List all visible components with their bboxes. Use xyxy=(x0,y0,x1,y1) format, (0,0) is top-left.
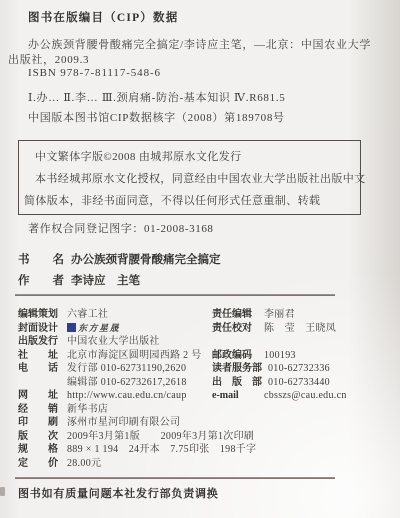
colophon-label: 责任校对 xyxy=(212,322,258,336)
colophon-row-printer: 印 刷涿州市星河印刷有限公司 xyxy=(18,416,256,430)
license-line-2: 本书经城邦原水文化授权，同意经由中国农业大学出版社出版中文 xyxy=(35,170,366,186)
isbn-line: ISBN 978-7-81117-548-6 xyxy=(28,67,161,79)
colophon-label: 邮政编码 xyxy=(212,349,258,363)
license-line-3: 简体版本，非经书面同意，不得以任何形式任意重制、转载 xyxy=(24,192,320,208)
cip-entry-line2: 出版社，2009.3 xyxy=(8,51,89,67)
quality-notice: 图书如有质量问题本社发行部负责调换 xyxy=(18,485,219,501)
colophon-value: 六睿工社 xyxy=(67,309,108,320)
colophon-value: 涿州市星河印刷有限公司 xyxy=(67,417,180,428)
colophon-label: 规 格 xyxy=(18,443,62,457)
colophon-value: 编辑部 010-62732617,2618 xyxy=(67,377,187,388)
colophon-row-email: e-mailcbsszs@cau.edu.cn xyxy=(212,389,347,403)
colophon-label: 网 址 xyxy=(18,389,62,403)
colophon-value: 中国农业大学出版社 xyxy=(67,336,160,347)
colophon-label: 版 次 xyxy=(18,430,62,444)
book-title-value: 办公族颈背腰骨酸痛完全搞定 xyxy=(71,254,221,266)
author-label: 作 者 xyxy=(18,271,64,292)
colophon-value: http://www.cau.edu.cn/caup xyxy=(67,390,187,401)
cover-design-logo-icon xyxy=(67,323,76,332)
colophon-label: 印 刷 xyxy=(18,416,62,430)
colophon-value: 100193 xyxy=(264,350,296,361)
colophon-label: 出版发行 xyxy=(18,335,62,349)
colophon-row-publishing-dept: 出 版 部010-62733440 xyxy=(212,376,347,390)
colophon-label: 社 址 xyxy=(18,349,62,363)
colophon-label: 责任编辑 xyxy=(212,308,258,322)
colophon-value: 010-62733440 xyxy=(268,377,330,388)
colophon-value: 2009年3月第1版 2009年3月第1次印刷 xyxy=(67,431,254,442)
cover-design-logo-text: 东方星晟 xyxy=(78,323,120,333)
colophon-label: 出 版 部 xyxy=(212,376,262,390)
colophon-row-distributor: 经 销新华书店 xyxy=(18,403,256,417)
colophon-value: 北京市海淀区圆明园西路 2 号 xyxy=(67,350,202,361)
author-value: 李诗应 主笔 xyxy=(71,275,140,287)
license-line-1: 中文繁体字版©2008 由城邦原水文化发行 xyxy=(35,148,242,164)
colophon-row-proofreaders: 责任校对陈 莹 王晓凤 xyxy=(212,322,347,336)
colophon-row-edition: 版 次2009年3月第1版 2009年3月第1次印刷 xyxy=(18,430,256,444)
colophon-value: 发行部 010-62731190,2620 xyxy=(67,363,186,374)
colophon-row-price: 定 价28.00元 xyxy=(18,457,256,471)
colophon-label: 电 话 xyxy=(18,362,62,376)
cip-record-number: 中国版本图书馆CIP数据核字（2008）第189708号 xyxy=(28,109,285,125)
colophon-row-postcode: 邮政编码100193 xyxy=(212,349,347,363)
colophon-label: 封面设计 xyxy=(18,322,62,336)
colophon-value: 李丽君 xyxy=(264,309,295,320)
title-block: 书 名办公族颈背腰骨酸痛完全搞定 作 者李诗应 主笔 xyxy=(18,250,221,292)
colophon-row-format: 规 格889 × 1 194 24开本 7.75印张 198千字 xyxy=(18,443,256,457)
divider-bottom xyxy=(15,477,335,479)
colophon-value: 28.00元 xyxy=(67,458,101,469)
divider-top xyxy=(15,294,335,296)
colophon-row-editor: 责任编辑李丽君 xyxy=(212,308,347,322)
colophon-right-column: 责任编辑李丽君 责任校对陈 莹 王晓凤 邮政编码100193 读者服务部010-… xyxy=(212,308,347,403)
cip-entry-line1: 办公族颈背腰骨酸痛完全搞定/李诗应主笔，—北京：中国农业大学 xyxy=(28,36,371,52)
colophon-row-reader-service: 读者服务部010-62732336 xyxy=(212,362,347,376)
colophon-value: 010-62732336 xyxy=(268,363,330,374)
copyright-registration: 著作权合同登记图字：01-2008-3168 xyxy=(28,220,214,236)
colophon-value: cbsszs@cau.edu.cn xyxy=(264,390,347,401)
book-title-row: 书 名办公族颈背腰骨酸痛完全搞定 xyxy=(18,250,221,271)
book-title-label: 书 名 xyxy=(18,250,64,271)
colophon-label: 读者服务部 xyxy=(212,362,262,376)
colophon-value: 陈 莹 王晓凤 xyxy=(264,323,336,334)
author-row: 作 者李诗应 主笔 xyxy=(18,271,221,292)
colophon-row-spacer xyxy=(212,335,347,349)
colophon-label: e-mail xyxy=(212,389,258,403)
colophon-label: 经 销 xyxy=(18,403,62,417)
cip-header: 图书在版编目（CIP）数据 xyxy=(28,9,178,25)
scan-artifact xyxy=(0,487,5,496)
colophon-label: 定 价 xyxy=(18,457,62,471)
colophon-value: 889 × 1 194 24开本 7.75印张 198千字 xyxy=(67,444,256,455)
colophon-label: 编辑策划 xyxy=(18,308,62,322)
colophon-value: 新华书店 xyxy=(67,404,108,415)
cip-classification: Ⅰ.办… Ⅱ.李… Ⅲ.颈肩痛-防治-基本知识 Ⅳ.R681.5 xyxy=(28,89,285,105)
license-box: 中文繁体字版©2008 由城邦原水文化发行 本书经城邦原水文化授权，同意经由中国… xyxy=(18,140,361,215)
